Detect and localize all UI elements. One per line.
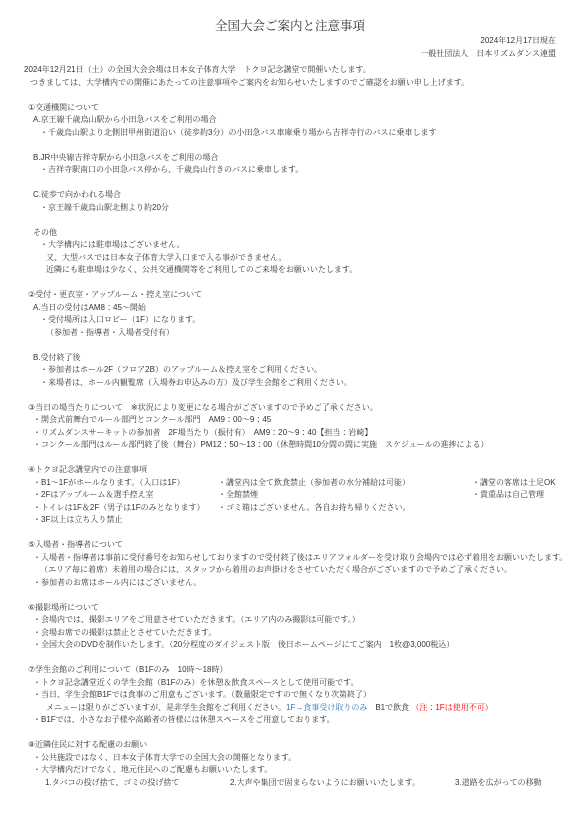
section8-item-2: 2.大声や集団で固まらないようにお願いいたします。 xyxy=(230,777,455,790)
section6-line-3: ・全国大会のDVDを制作いたします。（20分程度のダイジェスト版 後日ホームペー… xyxy=(33,639,556,652)
section7-line-4: ・B1Fでは、小さなお子様や高齢者の皆様には休憩スペースをご用意しております。 xyxy=(33,714,556,727)
section3-heading: ③当日の場当たりについて ※状況により変更になる場合がございますので予めご了承く… xyxy=(28,402,556,415)
section7-heading: ⑦学生会館のご利用について（B1Fのみ 10時～18時） xyxy=(28,664,556,677)
section4-r1c2: ・講堂内は全て飲食禁止（参加者の水分補給は可能） xyxy=(218,477,472,490)
section4-r3c1: ・トイレは1F＆2F（男子は1Fのみとなります） xyxy=(33,502,218,515)
section1-item-a-detail: ・千歳烏山駅より北側旧甲州街道沿い（徒歩約3分）の小田急バス車庫乗り場から吉祥寺… xyxy=(40,127,556,140)
section2-item-a-line-1: ・受付場所は入口ロビー（1F）になります。 xyxy=(40,314,556,327)
section1-other-line-2: 又、大型バスでは日本女子体育大学入口まで入る事ができません。 xyxy=(46,252,556,265)
section3-line-1: ・開会式前舞台でルール部門とコンクール部門 AM9：00～9：45 xyxy=(33,414,556,427)
document-page: 全国大会ご案内と注意事項 2024年12月17日現在 一般社団法人 日本リズムダ… xyxy=(0,0,580,817)
section4-row-3: ・トイレは1F＆2F（男子は1Fのみとなります） ・ゴミ箱はございません。各自お… xyxy=(24,502,556,515)
section1-item-a-title: A.京王線千歳烏山駅から小田急バスをご利用の場合 xyxy=(33,114,556,127)
section7-line-3-blue-note: 1F→食事受け取りのみ xyxy=(286,703,367,712)
section1-item-c-detail: ・京王線千歳烏山駅北側より約20分 xyxy=(40,202,556,215)
section1-other-line-1: ・大学構内には駐車場はございません。 xyxy=(40,239,556,252)
section1-item-b-title: B.JR中央線吉祥寺駅から小田急バスをご利用の場合 xyxy=(33,152,556,165)
section1-other-title: その他 xyxy=(33,227,556,240)
section4-r4c1: ・3F以上は立ち入り禁止 xyxy=(33,514,556,527)
section3-line-3: ・コンクール部門はルール部門終了後（舞台）PM12：50～13：00（休憩時間1… xyxy=(33,439,556,452)
section1-other-line-3: 近隣にも駐車場は少なく、公共交通機関等をご利用してのご来場をお願いいたします。 xyxy=(46,264,556,277)
section7-line-3-red-note: （注：1Fは使用不可） xyxy=(411,703,492,712)
section8-item-3: 3.道路を広がっての移動 xyxy=(455,777,556,790)
section7-line-2: ・当日、学生会館B1Fでは食事のご用意もございます。（数量限定ですので無くなり次… xyxy=(33,689,556,702)
section4-r2c3: ・貴重品は自己管理 xyxy=(472,489,556,502)
section8-item-1: 1.タバコの投げ捨て、ゴミの投げ捨て xyxy=(45,777,230,790)
section2-item-a-line-2: （参加者・指導者・入場者受付有） xyxy=(46,327,556,340)
section8-line-1: ・公共施設ではなく、日本女子体育大学での全国大会の開催となります。 xyxy=(33,752,556,765)
intro-line-1: 2024年12月21日（土）の全国大会会場は日本女子体育大学 トクヨ記念講堂で開… xyxy=(24,64,556,77)
section4-row-2: ・2Fはアップルーム＆選手控え室 ・全館禁煙 ・貴重品は自己管理 xyxy=(24,489,556,502)
section2-item-b-line-1: ・参加者はホール2F（フロア2B）のアップルーム＆控え室をご利用ください。 xyxy=(40,364,556,377)
section4-row-1: ・B1～1Fがホールなります。（入口は1F） ・講堂内は全て飲食禁止（参加者の水… xyxy=(24,477,556,490)
section4-r1c3: ・講堂の客席は土足OK xyxy=(472,477,556,490)
section5-heading: ⑤入場者・指導者について xyxy=(28,539,556,552)
section2-item-a-title: A.当日の受付はAM8：45～開始 xyxy=(33,302,556,315)
section5-line-3: ・参加者のお席はホール内にはございません。 xyxy=(33,577,556,590)
section5-line-1: ・入場者・指導者は事前に受付番号をお知らせしておりますので受付終了後はエリアフォ… xyxy=(33,552,556,565)
intro-line-2: つきましては、大学構内での開催にあたっての注意事項やご案内をお知らせいたしますの… xyxy=(30,77,556,90)
section2-item-b-title: B.受付終了後 xyxy=(33,352,556,365)
section1-item-b-detail: ・吉祥寺駅南口の小田急バス停から、千歳烏山行きのバスに乗車します。 xyxy=(40,164,556,177)
section8-heading: ⑧近隣住民に対する配慮のお願い xyxy=(28,739,556,752)
section8-line-2: ・大学構内だけでなく、地元住民へのご配慮もお願いいたします。 xyxy=(33,764,556,777)
section1-heading: ①交通機関について xyxy=(28,102,556,115)
section4-r2c1: ・2Fはアップルーム＆選手控え室 xyxy=(33,489,218,502)
section7-line-3-mid: B1で飲食 xyxy=(367,703,411,712)
page-title: 全国大会ご案内と注意事項 xyxy=(24,17,556,35)
section2-heading: ②受付・更衣室・アップルーム・控え室について xyxy=(28,289,556,302)
section7-line-3-normal: メニューは限りがございますが、是非学生会館をご利用ください。 xyxy=(46,703,286,712)
section6-heading: ⑥撮影場所について xyxy=(28,602,556,615)
section7-line-3: メニューは限りがございますが、是非学生会館をご利用ください。1F→食事受け取りの… xyxy=(46,702,556,715)
section4-r1c1: ・B1～1Fがホールなります。（入口は1F） xyxy=(33,477,218,490)
section4-r3c2: ・ゴミ箱はございません。各自お持ち帰りください。 xyxy=(218,502,472,515)
section6-line-2: ・会場お席での撮影は禁止とさせていただきます。 xyxy=(33,627,556,640)
section6-line-1: ・会場内では、撮影エリアをご用意させていただきます。（エリア内のみ撮影は可能です… xyxy=(33,614,556,627)
section1-item-c-title: C.徒歩で向かわれる場合 xyxy=(33,189,556,202)
section4-r2c2: ・全館禁煙 xyxy=(218,489,472,502)
organization-name: 一般社団法人 日本リズムダンス連盟 xyxy=(24,48,556,61)
date-status: 2024年12月17日現在 xyxy=(24,35,556,48)
section7-line-1: ・トクヨ記念講堂近くの学生会館（B1Fのみ）を休憩＆飲食スペースとして使用可能で… xyxy=(33,677,556,690)
section8-numbered-row: 1.タバコの投げ捨て、ゴミの投げ捨て 2.大声や集団で固まらないようにお願いいた… xyxy=(24,777,556,790)
section5-line-2: （エリア毎に着席）未着用の場合には、スタッフから着用のお声掛けをさせていただく場… xyxy=(40,564,556,577)
section4-heading: ④トクヨ記念講堂内での注意事項 xyxy=(28,464,556,477)
section3-line-2: ・リズムダンスサーキットの参加者 2F場当たり（振付有） AM9：20～9：40… xyxy=(33,427,556,440)
section2-item-b-line-2: ・来場者は、ホール内観覧席（入場券お申込みの方）及び学生会館をご利用ください。 xyxy=(40,377,556,390)
